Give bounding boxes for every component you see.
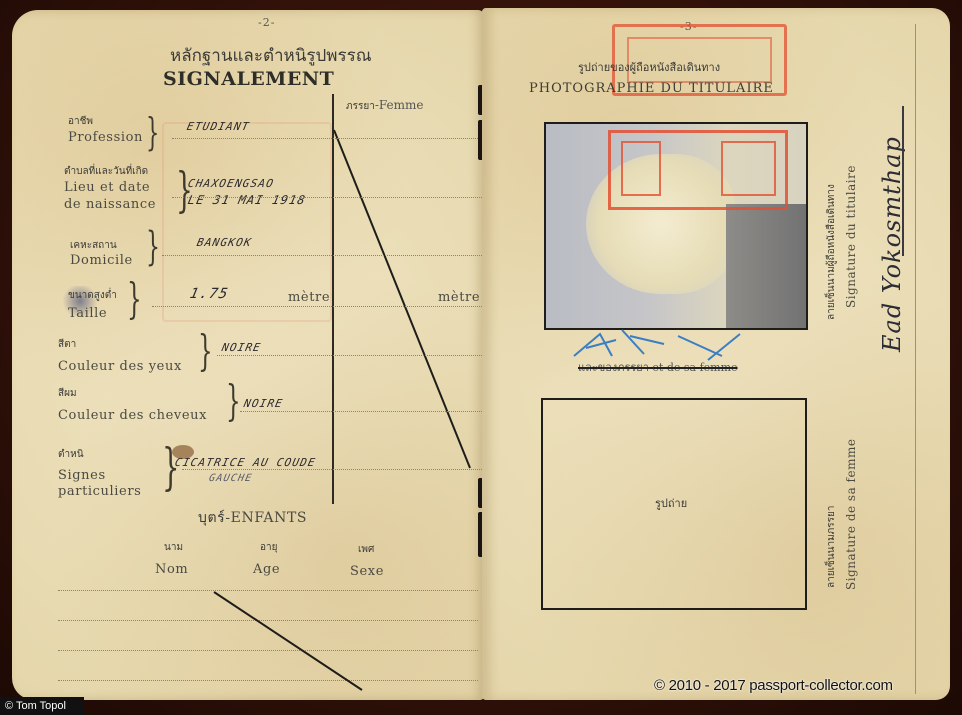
birth-thai: ตำบลที่และวันที่เกิด — [64, 164, 148, 179]
col-name-label: Nom — [155, 562, 188, 578]
page-title-photographie: PHOTOGRAPHIE DU TITULAIRE — [529, 81, 774, 96]
dotted-line — [172, 138, 482, 139]
marks-value-line2[interactable]: GAUCHE — [208, 473, 254, 484]
col-age-label: Age — [253, 562, 280, 578]
femme-column-header: ภรรยา-Femme — [346, 98, 424, 114]
height-label: Taille — [68, 306, 107, 322]
dotted-line — [217, 355, 482, 356]
photo-credit: © Tom Topol — [0, 697, 84, 715]
right-page-photographie: -3- รูปถ่ายของผู้ถือหนังสือเดินทาง PHOTO… — [482, 8, 950, 700]
domicile-value[interactable]: BANGKOK — [196, 236, 254, 249]
crossed-wife-caption: และของภรรยา et de sa femme — [578, 358, 738, 376]
marks-label-1: Signes — [58, 468, 106, 484]
portrait-jacket — [726, 204, 808, 330]
col-sex-thai: เพศ — [358, 542, 374, 557]
domicile-label: Domicile — [70, 253, 133, 269]
brace: } — [176, 162, 193, 218]
dotted-line — [182, 469, 482, 470]
margin-rule — [915, 24, 916, 694]
hair-value[interactable]: NOIRE — [243, 397, 285, 410]
children-strikethrough — [212, 590, 372, 695]
copyright-watermark: © 2010 - 2017 passport-collector.com — [654, 677, 893, 694]
brace: } — [226, 376, 241, 425]
dotted-line — [162, 255, 482, 256]
profession-thai: อาชีพ — [68, 114, 93, 129]
height-unit-femme: mètre — [438, 290, 480, 306]
wife-signature-thai: ลายเซ็นนามภรรยา — [824, 506, 839, 589]
hair-label: Couleur des cheveux — [58, 408, 207, 424]
photo-box-label: รูปถ่าย — [655, 494, 687, 512]
col-name-thai: นาม — [164, 540, 183, 555]
photo-red-stamp — [608, 130, 788, 210]
holder-signature-label: Signature du titulaire — [844, 165, 858, 308]
wife-photo-box[interactable]: รูปถ่าย — [541, 398, 807, 610]
title-thai-left: หลักฐานและตำหนิรูปพรรณ — [170, 42, 372, 69]
eyes-label: Couleur des yeux — [58, 359, 182, 375]
height-unit: mètre — [288, 290, 330, 306]
wife-signature-label: Signature de sa femme — [844, 439, 858, 590]
col-sex-label: Sexe — [350, 564, 384, 580]
marks-thai: ตำหนิ — [58, 447, 84, 462]
dotted-line — [172, 197, 482, 198]
profession-label: Profession — [68, 130, 143, 146]
marks-label-2: particuliers — [58, 484, 141, 500]
brace: } — [146, 110, 159, 154]
eyes-thai: สีตา — [58, 337, 76, 352]
title-thai-right: รูปถ่ายของผู้ถือหนังสือเดินทาง — [578, 58, 720, 76]
domicile-thai: เคหะสถาน — [70, 238, 117, 253]
page-title-signalement: SIGNALEMENT — [163, 68, 334, 90]
birth-label-2: de naissance — [64, 197, 156, 213]
birth-place-value[interactable]: CHAXOENGSAO — [187, 177, 276, 190]
brace: } — [198, 326, 213, 375]
marks-value-line1[interactable]: CICATRICE AU COUDE — [174, 456, 318, 469]
eyes-value[interactable]: NOIRE — [221, 341, 263, 354]
birth-label-1: Lieu et date — [64, 180, 150, 196]
col-age-thai: อายุ — [260, 540, 277, 555]
birth-date-value[interactable]: LE 31 MAI 1918 — [187, 193, 308, 207]
hair-thai: สีผม — [58, 386, 77, 401]
brace: } — [127, 274, 142, 323]
holder-photo[interactable] — [544, 122, 808, 330]
height-thai: ขนาดสูงต่ำ — [68, 288, 117, 303]
signature-underline — [902, 106, 904, 256]
dotted-line — [152, 306, 482, 307]
left-page-signalement: -2- หลักฐานและตำหนิรูปพรรณ SIGNALEMENT ภ… — [12, 10, 484, 700]
dotted-line — [240, 411, 482, 412]
holder-signature-thai: ลายเซ็นนามผู้ถือหนังสือเดินทาง — [824, 184, 839, 320]
page-number-left: -2- — [258, 16, 275, 29]
children-heading: บุตร์-ENFANTS — [198, 510, 307, 526]
profession-value[interactable]: ETUDIANT — [186, 120, 251, 133]
brace: } — [146, 224, 160, 270]
height-value[interactable]: 1.75 — [188, 286, 230, 302]
